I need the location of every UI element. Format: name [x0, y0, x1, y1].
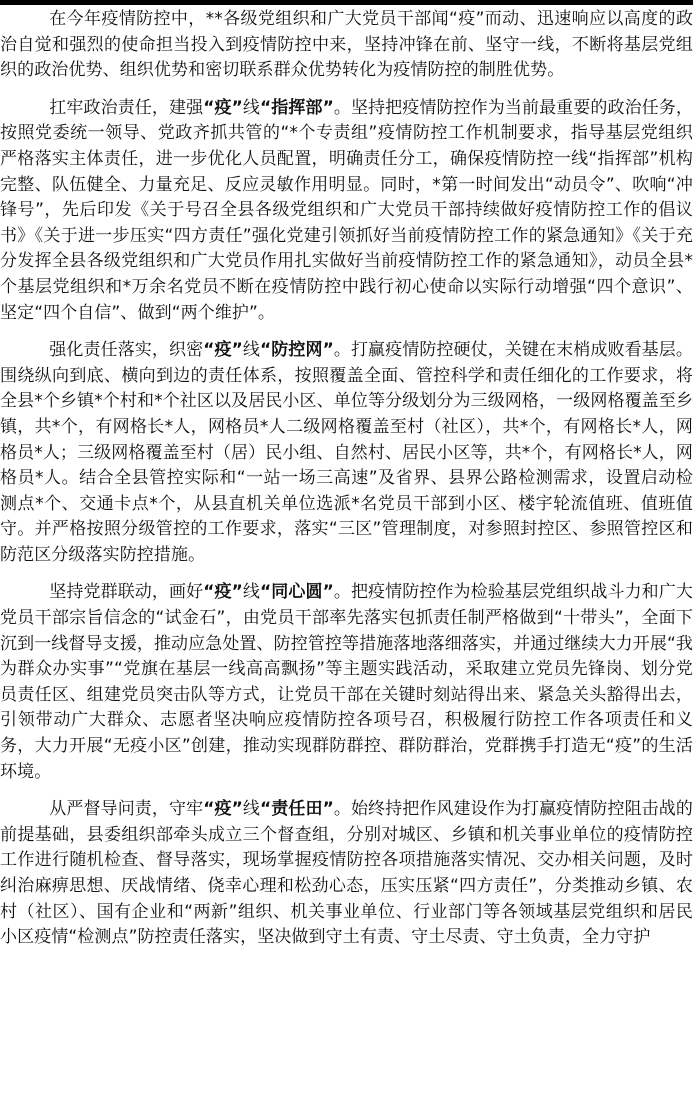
paragraph-responsibility-implementation: 强化责任落实，织密“疫”线“防控网”。打赢疫情防控硬仗，关键在末梢成败看基层。围… — [0, 338, 693, 568]
section-lead: 坚持党群联动，画好 — [49, 582, 203, 602]
article-body: 在今年疫情防控中，**各级党组织和广大党员干部闻“疫”而动、迅速响应以高度的政治… — [0, 7, 693, 963]
paragraph-party-mass-linkage: 坚持党群联动，画好“疫”线“同心圆”。把疫情防控作为检验基层党组织战斗力和广大党… — [0, 580, 693, 785]
paragraph-text: 。把疫情防控作为检验基层党组织战斗力和广大党员干部宗旨信念的“试金石”，由党员干… — [0, 582, 693, 781]
section-lead-quote: “同心圆” — [260, 582, 334, 602]
section-lead: 线 — [243, 582, 260, 602]
section-lead-quote: “指挥部” — [260, 98, 334, 118]
paragraph-text: 。坚持把疫情防控作为当前最重要的政治任务，按照党委统一领导、党政齐抓共管的“*个… — [0, 98, 693, 323]
section-lead-quote: “疫” — [203, 799, 243, 819]
section-lead: 扛牢政治责任，建强 — [49, 98, 203, 118]
paragraph-intro: 在今年疫情防控中，**各级党组织和广大党员干部闻“疫”而动、迅速响应以高度的政治… — [0, 7, 693, 84]
section-lead: 线 — [243, 98, 260, 118]
section-lead-quote: “防控网” — [260, 340, 334, 360]
section-lead: 强化责任落实，织密 — [49, 340, 203, 360]
section-lead-quote: “疫” — [203, 582, 243, 602]
section-lead: 线 — [243, 340, 260, 360]
paragraph-text: 。打赢疫情防控硬仗，关键在末梢成败看基层。围绕纵向到底、横向到边的责任体系，按照… — [0, 340, 693, 565]
section-lead: 从严督导问责，守牢 — [49, 799, 203, 819]
paragraph-political-responsibility: 扛牢政治责任，建强“疫”线“指挥部”。坚持把疫情防控作为当前最重要的政治任务，按… — [0, 96, 693, 326]
paragraph-text: 在今年疫情防控中，**各级党组织和广大党员干部闻“疫”而动、迅速响应以高度的政治… — [0, 9, 693, 80]
section-lead-quote: “疫” — [203, 98, 243, 118]
top-border-bar — [0, 0, 693, 5]
paragraph-supervision-accountability: 从严督导问责，守牢“疫”线“责任田”。始终持把作风建设作为打赢疫情防控阻击战的前… — [0, 797, 693, 951]
section-lead: 线 — [243, 799, 260, 819]
paragraph-text: 。始终持把作风建设作为打赢疫情防控阻击战的前提基础，县委组织部牵头成立三个督查组… — [0, 799, 693, 947]
section-lead-quote: “责任田” — [260, 799, 334, 819]
section-lead-quote: “疫” — [203, 340, 243, 360]
